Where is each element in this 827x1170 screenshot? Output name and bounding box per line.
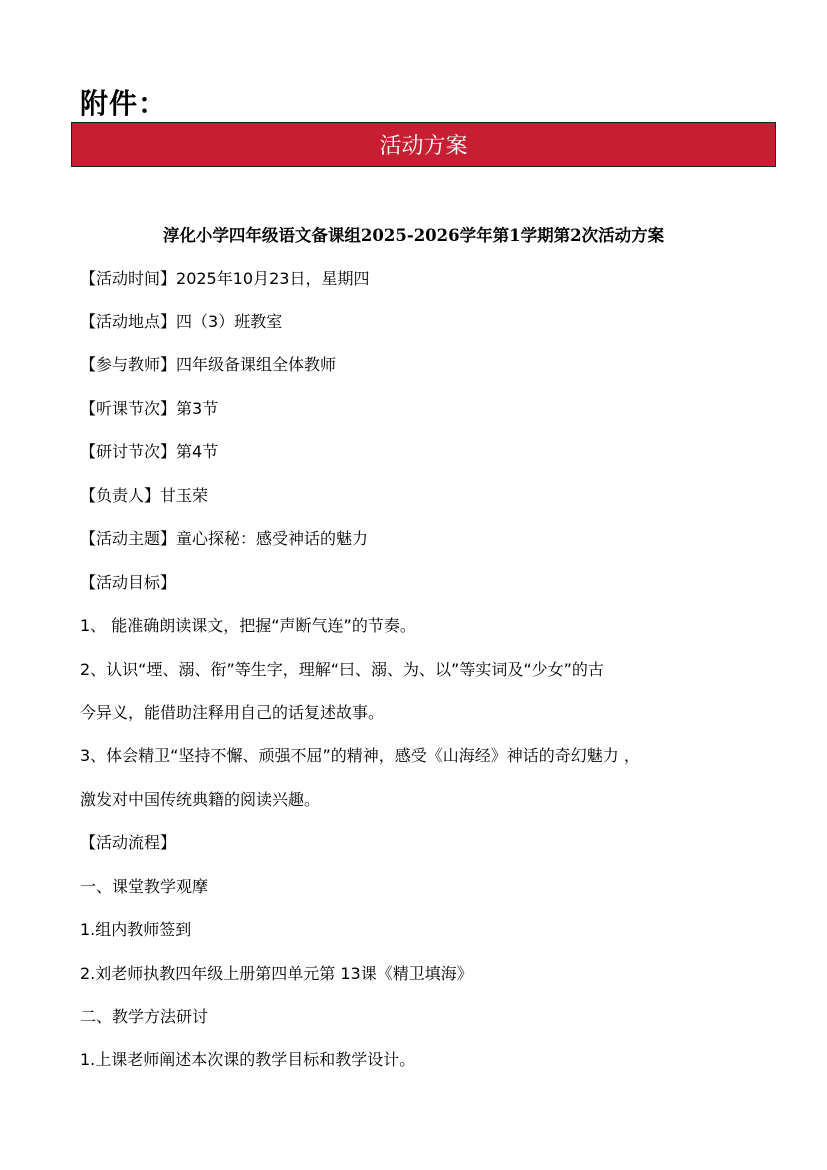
- goal-3-line-1: 3、体会精卫“坚持不懈、顽强不屈”的精神，感受《山海经》神话的奇幻魅力 ，: [80, 743, 640, 766]
- field-label: 【研讨节次】: [80, 442, 176, 461]
- process-item: 1.组内教师签到: [80, 917, 191, 940]
- field-activity-time: 【活动时间】2025年10月23日，星期四: [80, 266, 369, 289]
- field-listening-period: 【听课节次】第3节: [80, 396, 218, 419]
- attachment-label: 附件：: [80, 82, 167, 122]
- process-item: 一、课堂教学观摩: [80, 874, 208, 897]
- process-item: 二、教学方法研讨: [80, 1004, 208, 1027]
- process-item: 1.上课老师阐述本次课的教学目标和教学设计。: [80, 1047, 415, 1070]
- field-label: 【参与教师】: [80, 355, 176, 374]
- field-label: 【负责人】: [80, 486, 160, 505]
- field-label: 【活动地点】: [80, 312, 176, 331]
- field-value: 2025年10月23日，星期四: [176, 269, 369, 288]
- field-value: 童心探秘：感受神话的魅力: [176, 529, 368, 548]
- goals-heading: 【活动目标】: [80, 570, 176, 593]
- field-value: 甘玉荣: [160, 486, 208, 505]
- banner-title: 活动方案: [71, 122, 776, 167]
- field-value: 四年级备课组全体教师: [176, 355, 336, 374]
- goal-2-line-2: 今异义，能借助注释用自己的话复述故事。: [80, 700, 384, 723]
- field-label: 【听课节次】: [80, 399, 176, 418]
- field-person-in-charge: 【负责人】甘玉荣: [80, 483, 208, 506]
- field-activity-location: 【活动地点】四（3）班教室: [80, 309, 282, 332]
- process-item: 2.刘老师执教四年级上册第四单元第 13课《精卫填海》: [80, 961, 473, 984]
- goal-2-line-1: 2、认识“堙、溺、衔”等生字，理解“曰、溺、为、以”等实词及“少女”的古: [80, 657, 604, 680]
- field-discussion-period: 【研讨节次】第4节: [80, 439, 218, 462]
- process-heading: 【活动流程】: [80, 830, 176, 853]
- field-activity-theme: 【活动主题】童心探秘：感受神话的魅力: [80, 526, 368, 549]
- field-value: 第3节: [176, 399, 218, 418]
- document-title: 淳化小学四年级语文备课组2025-2026学年第1学期第2次活动方案: [0, 222, 827, 246]
- field-label: 【活动时间】: [80, 269, 176, 288]
- goal-3-line-2: 激发对中国传统典籍的阅读兴趣。: [80, 787, 320, 810]
- field-value: 四（3）班教室: [176, 312, 282, 331]
- field-label: 【活动主题】: [80, 529, 176, 548]
- field-participants: 【参与教师】四年级备课组全体教师: [80, 352, 336, 375]
- field-value: 第4节: [176, 442, 218, 461]
- goal-1: 1、 能准确朗读课文，把握“声断气连”的节奏。: [80, 613, 416, 636]
